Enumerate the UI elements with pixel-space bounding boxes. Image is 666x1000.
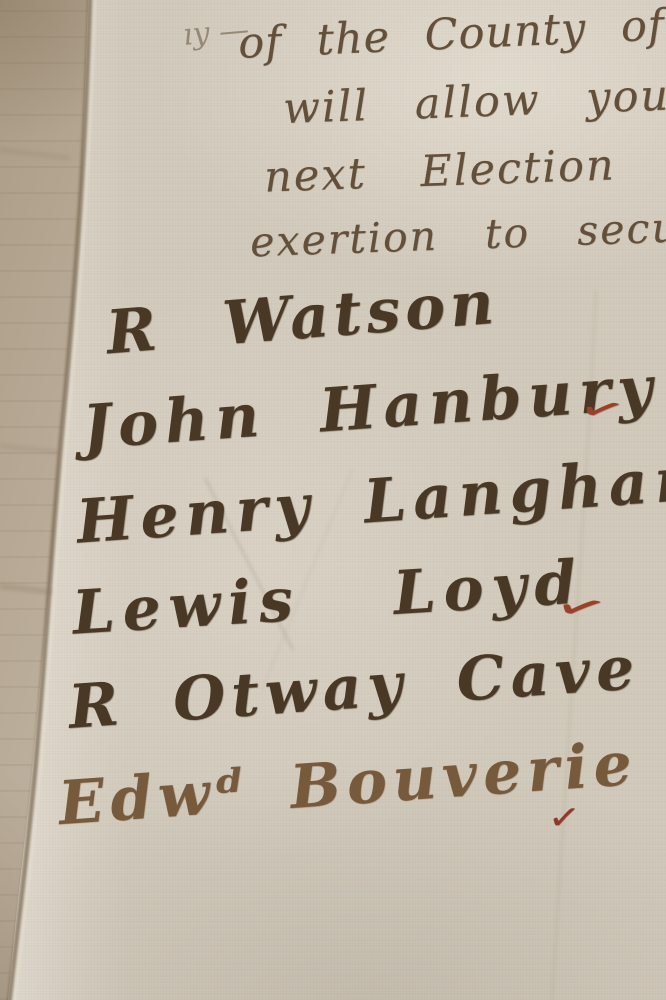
document-photo: ıy — of the County of N will allow yours… bbox=[0, 0, 666, 1000]
checkmark-icon: ✓ bbox=[547, 797, 582, 839]
